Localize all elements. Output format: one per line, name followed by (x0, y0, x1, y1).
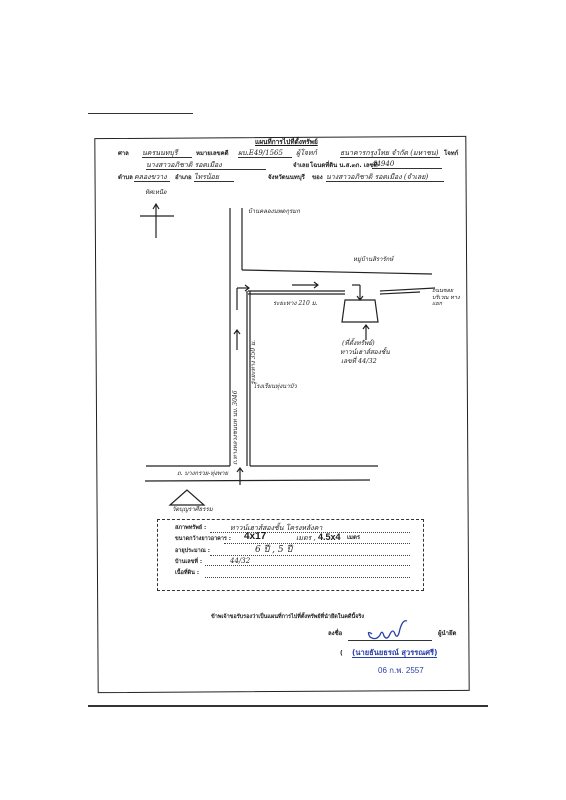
signer-name: (นายธันยธรณ์ สุวรรณศรี) (352, 649, 437, 658)
open-paren: ( (340, 651, 343, 657)
signature-icon (0, 0, 566, 800)
date-stamp: 06 ก.พ. 2557 (378, 667, 424, 675)
role-label: ผู้นำยึด (438, 631, 456, 637)
